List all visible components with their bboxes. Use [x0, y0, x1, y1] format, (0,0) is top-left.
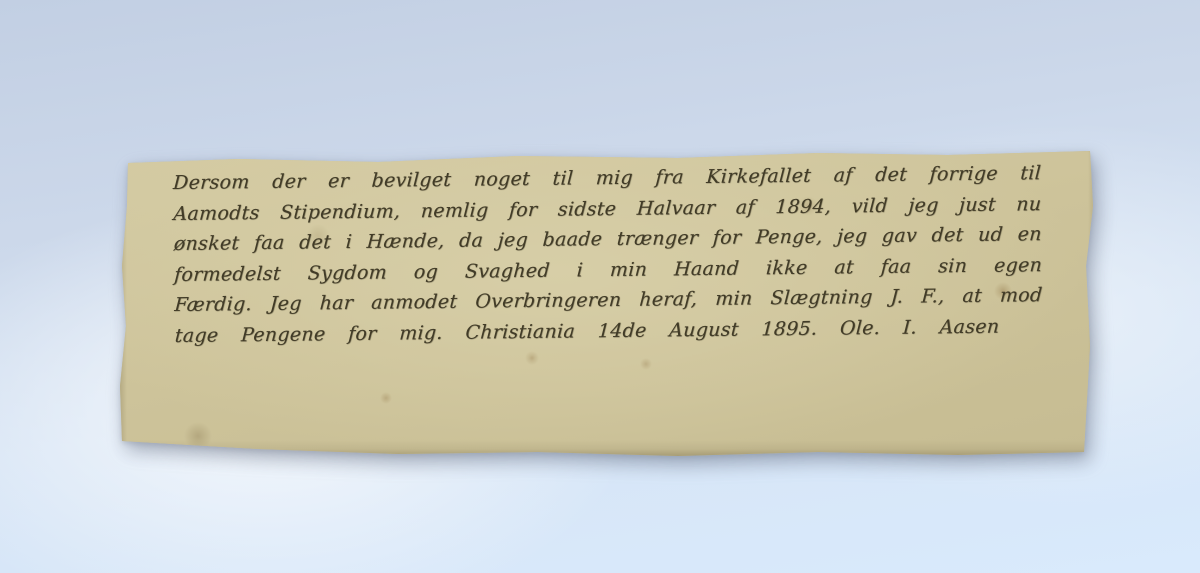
manuscript-paper: Dersom der er bevilget noget til mig fra…	[118, 146, 1096, 458]
paper-sheet: Dersom der er bevilget noget til mig fra…	[118, 146, 1096, 458]
handwritten-text-block: Dersom der er bevilget noget til mig fra…	[173, 158, 1043, 351]
photo-backdrop: Dersom der er bevilget noget til mig fra…	[0, 0, 1200, 573]
